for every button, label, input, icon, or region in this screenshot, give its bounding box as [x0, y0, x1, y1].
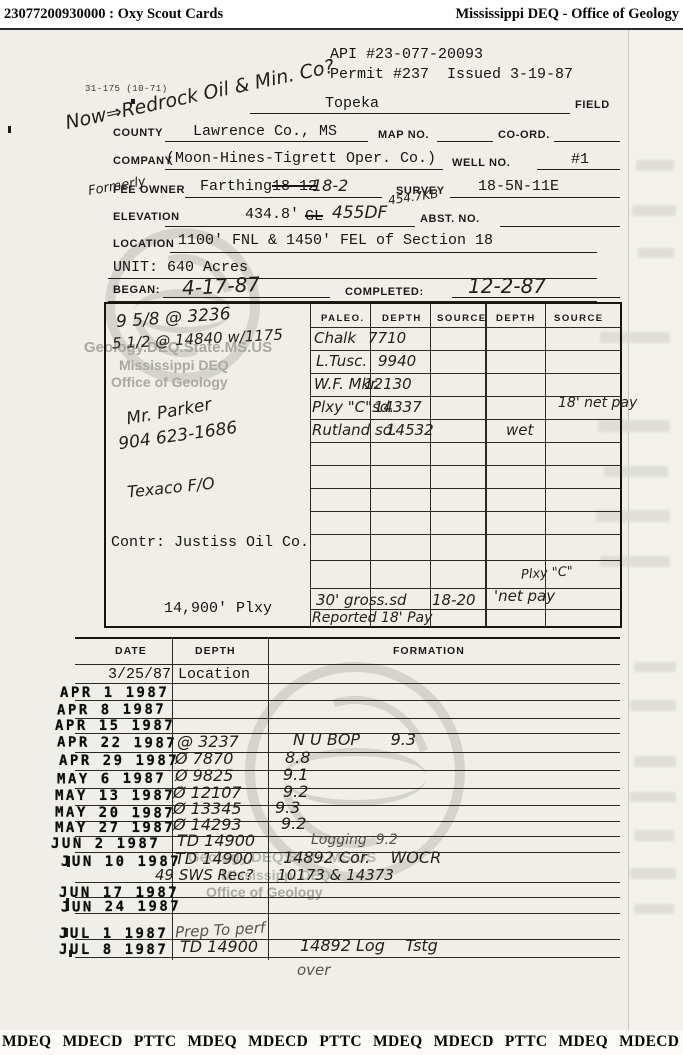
progress-formation-extra: 49 SWS Rec? 10173 & 14373 — [155, 866, 394, 884]
date-stamp: APR 22 1987 — [57, 734, 177, 751]
fee-owner-value: Farthing — [200, 178, 272, 195]
paleo-marker-depth: 7710 — [368, 329, 406, 347]
date-stamp: APR 1 1987 — [60, 685, 169, 701]
footer-ticker: MDEQ MDECD PTTC MDEQ MDECD PTTC MDEQ MDE… — [2, 1033, 683, 1051]
date-stamp: JUL 8 1987 — [59, 942, 168, 958]
bleed-through-mark — [636, 160, 674, 171]
scan-artifact — [8, 126, 11, 133]
completed-label: COMPLETED: — [345, 286, 424, 298]
date-stamp: MAY 27 1987 — [55, 820, 175, 836]
row-rule — [310, 511, 620, 512]
survey-underline — [450, 197, 620, 198]
agency-title: Mississippi DEQ - Office of Geology — [455, 6, 679, 23]
progress-formation: 14892 Cor. WOCR — [283, 848, 441, 867]
co-ord-label: CO-ORD. — [498, 129, 550, 141]
paper-right-edge — [628, 30, 683, 1030]
paleo-marker-depth: 14532 — [386, 421, 434, 439]
row-rule — [310, 419, 620, 420]
row-rule — [75, 664, 620, 665]
net-range-note: 18-20 — [432, 591, 476, 609]
row-rule — [310, 465, 620, 466]
fee-owner-label: FEE OWNER — [113, 184, 185, 196]
date-stamp: JUL 1 1987 — [59, 926, 168, 942]
progress-formation: 9.2 — [281, 814, 306, 833]
map-no-label: MAP NO. — [378, 129, 429, 141]
column-divider — [268, 639, 269, 960]
formation-header: FORMATION — [393, 645, 465, 657]
reported-pay-note: Reported 18' Pay — [312, 610, 432, 626]
scout-card-page: 23077200930000 : Oxy Scout Cards Mississ… — [0, 0, 683, 1055]
paleo-marker-depth: 14337 — [374, 398, 422, 416]
location-value: 1100' FNL & 1450' FEL of Section 18 — [178, 232, 493, 249]
handwritten-began-date: 4-17-87 — [181, 272, 260, 300]
bleed-through-mark — [634, 662, 676, 672]
co-ord-underline — [554, 141, 620, 142]
fee-owner-struck-value: 18-12 — [272, 178, 317, 195]
paleo-marker-depth: 12130 — [364, 375, 412, 393]
handwritten-fee-owner-revision: 18-2 — [312, 176, 348, 195]
over-note: over — [297, 961, 330, 979]
paleo-marker-name: Chalk — [314, 329, 356, 347]
paleo-marker-depth: 9940 — [378, 352, 416, 370]
bleed-through-mark — [634, 904, 674, 914]
progress-formation: N U BOP 9.3 — [293, 730, 416, 749]
well-no-value: #1 — [571, 151, 589, 168]
elevation-value: 434.8' — [245, 206, 299, 223]
well-no-label: WELL NO. — [452, 157, 510, 169]
map-no-underline — [437, 141, 493, 142]
depth-header: DEPTH — [382, 313, 422, 324]
progress-date: 3/25/87 — [108, 666, 171, 683]
began-label: BEGAN: — [113, 284, 160, 296]
company-value: (Moon-Hines-Tigrett Oper. Co.) — [166, 150, 436, 167]
abst-no-underline — [500, 226, 620, 227]
bleed-through-mark — [638, 248, 674, 258]
date-stamp: MAY 20 1987 — [55, 804, 175, 821]
date-stamp: APR 8 1987 — [57, 702, 166, 719]
field-value: Topeka — [325, 95, 379, 112]
date-header: DATE — [115, 645, 147, 657]
date-stamp: APR 15 1987 — [55, 718, 175, 734]
date-stamp: APR 29 1987 — [59, 753, 179, 769]
date-stamp: MAY 6 1987 — [57, 771, 166, 788]
company-label: COMPANY — [113, 155, 173, 167]
field-underline — [250, 113, 570, 114]
abst-no-label: ABST. NO. — [420, 213, 480, 225]
pay-zone-note: Plxy "C" — [521, 564, 574, 583]
paleo-header: PALEO. — [321, 313, 365, 324]
elevation-struck-datum: GL — [305, 208, 323, 225]
api-number: API #23-077-20093 — [330, 46, 483, 63]
well-no-underline — [537, 169, 620, 170]
bleed-through-mark — [634, 830, 674, 841]
total-depth-note: 14,900' Plxy — [164, 600, 272, 617]
progress-depth: TD 14900 — [180, 937, 258, 956]
bleed-through-mark — [632, 205, 676, 216]
row-rule — [310, 373, 620, 374]
contractor-line: Contr: Justiss Oil Co. — [111, 534, 309, 551]
source-header: SOURCE — [437, 313, 487, 324]
row-rule — [310, 327, 620, 328]
progress-table: DATE DEPTH FORMATION 3/25/87 Location AP… — [75, 637, 620, 960]
depth-header: DEPTH — [496, 313, 536, 324]
bleed-through-mark — [630, 700, 676, 711]
row-rule — [310, 534, 620, 535]
source-header: SOURCE — [554, 313, 604, 324]
county-underline — [165, 141, 368, 142]
elevation-label: ELEVATION — [113, 211, 180, 223]
company-underline — [165, 169, 443, 170]
field-label: FIELD — [575, 99, 610, 111]
row-rule — [310, 350, 620, 351]
progress-depth: Location — [178, 666, 250, 683]
row-rule — [310, 560, 620, 561]
location-underline — [170, 252, 597, 253]
row-rule — [310, 488, 620, 489]
bleed-through-mark — [630, 868, 676, 879]
fee-owner-underline — [185, 197, 382, 198]
casing-note-1: 9 5/8 @ 3236 — [115, 304, 231, 332]
row-rule — [75, 683, 620, 684]
progress-formation: 14892 Log Tstg — [300, 936, 438, 955]
survey-value: 18-5N-11E — [478, 178, 559, 195]
net-pay-note: 'net pay — [494, 587, 555, 605]
bleed-through-mark — [634, 756, 676, 767]
paleo-marker-name: L.Tusc. — [316, 352, 367, 370]
paleo-marker-note: wet — [506, 421, 533, 439]
gross-sand-note: 30' gross.sd — [316, 591, 407, 609]
county-label: COUNTY — [113, 127, 163, 139]
handwritten-completed-date: 12-2-87 — [468, 274, 546, 298]
row-rule — [310, 588, 620, 589]
paleo-marker-name: Rutland sd. — [312, 421, 397, 439]
date-stamp: JUN 2 1987 — [51, 836, 160, 852]
location-label: LOCATION — [113, 238, 174, 250]
county-value: Lawrence Co., MS — [193, 123, 337, 140]
progress-formation: Logging 9.2 — [311, 832, 398, 848]
paleo-markers-box: PALEO. DEPTH SOURCE DEPTH SOURCE Chalk 7… — [104, 302, 622, 628]
elevation-underline — [165, 226, 415, 227]
permit-line: Permit #237 Issued 3-19-87 — [330, 66, 573, 83]
handwritten-elevation-revision: 455DF — [332, 203, 387, 223]
document-id-title: 23077200930000 : Oxy Scout Cards — [4, 6, 223, 23]
date-stamp: JUN 24 1987 — [61, 898, 181, 915]
paleo-marker-note: 18' net pay — [558, 395, 637, 411]
date-stamp: MAY 13 1987 — [55, 788, 175, 804]
farmout-note: Texaco F/O — [126, 473, 215, 501]
progress-depth: TD 14900 — [177, 831, 255, 850]
bleed-through-mark — [630, 792, 676, 802]
row-rule — [310, 442, 620, 443]
depth-header: DEPTH — [195, 645, 236, 657]
